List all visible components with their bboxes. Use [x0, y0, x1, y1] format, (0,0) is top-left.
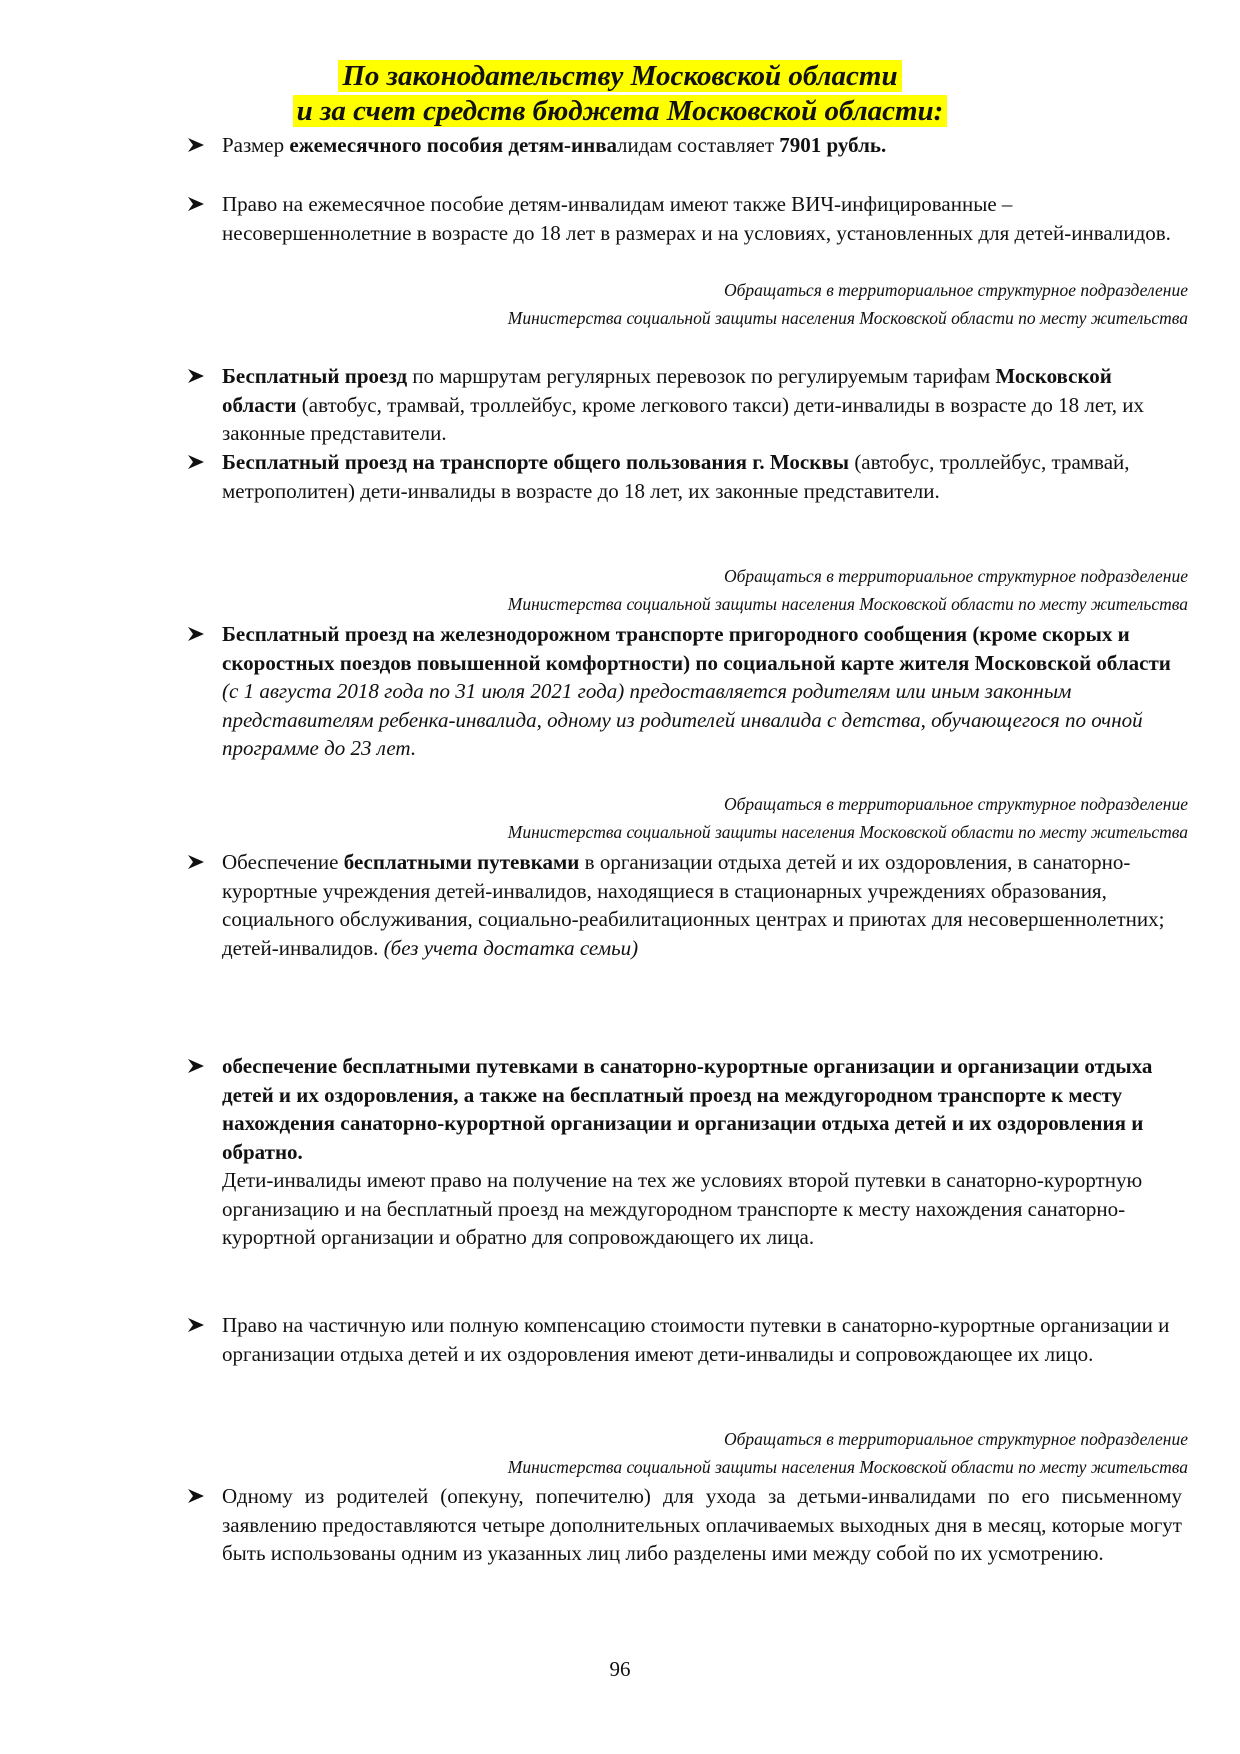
list-item-voucher-compensation: Право на частичную или полную компенсаци…	[222, 1311, 1182, 1368]
arrowhead-bullet-icon	[188, 1052, 206, 1080]
list-item-extra-days-off: Одному из родителей (опекуну, попечителю…	[222, 1482, 1182, 1568]
arrowhead-bullet-icon	[188, 131, 206, 159]
list-item-free-rail-travel: Бесплатный проезд на железнодорожном тра…	[222, 620, 1182, 763]
arrowhead-bullet-icon	[188, 362, 206, 390]
list-item-sanatorium-vouchers: обеспечение бесплатными путевками в сана…	[222, 1052, 1182, 1252]
arrowhead-bullet-icon	[188, 1482, 206, 1510]
page-number: 96	[0, 1657, 1240, 1682]
document-page: По законодательству Московской области и…	[0, 0, 1240, 1754]
arrowhead-bullet-icon	[188, 1311, 206, 1339]
section-heading-line-2: и за счет средств бюджета Московской обл…	[0, 95, 1240, 128]
highlighted-heading-text: и за счет средств бюджета Московской обл…	[293, 95, 948, 127]
section-heading-line-1: По законодательству Московской области	[0, 60, 1240, 93]
contact-note: Обращаться в территориальное структурное…	[508, 790, 1188, 846]
contact-note: Обращаться в территориальное структурное…	[508, 276, 1188, 332]
list-item-monthly-allowance: Размер ежемесячного пособия детям-инвали…	[222, 131, 1182, 160]
arrowhead-bullet-icon	[188, 448, 206, 476]
list-item-free-travel-region: Бесплатный проезд по маршрутам регулярны…	[222, 362, 1182, 448]
list-item-hiv-allowance: Право на ежемесячное пособие детям-инвал…	[222, 190, 1182, 247]
list-item-free-vouchers: Обеспечение бесплатными путевками в орга…	[222, 848, 1182, 962]
highlighted-heading-text: По законодательству Московской области	[338, 60, 901, 92]
arrowhead-bullet-icon	[188, 620, 206, 648]
contact-note: Обращаться в территориальное структурное…	[508, 562, 1188, 618]
arrowhead-bullet-icon	[188, 848, 206, 876]
list-item-free-travel-moscow: Бесплатный проезд на транспорте общего п…	[222, 448, 1182, 505]
contact-note: Обращаться в территориальное структурное…	[508, 1425, 1188, 1481]
arrowhead-bullet-icon	[188, 190, 206, 218]
